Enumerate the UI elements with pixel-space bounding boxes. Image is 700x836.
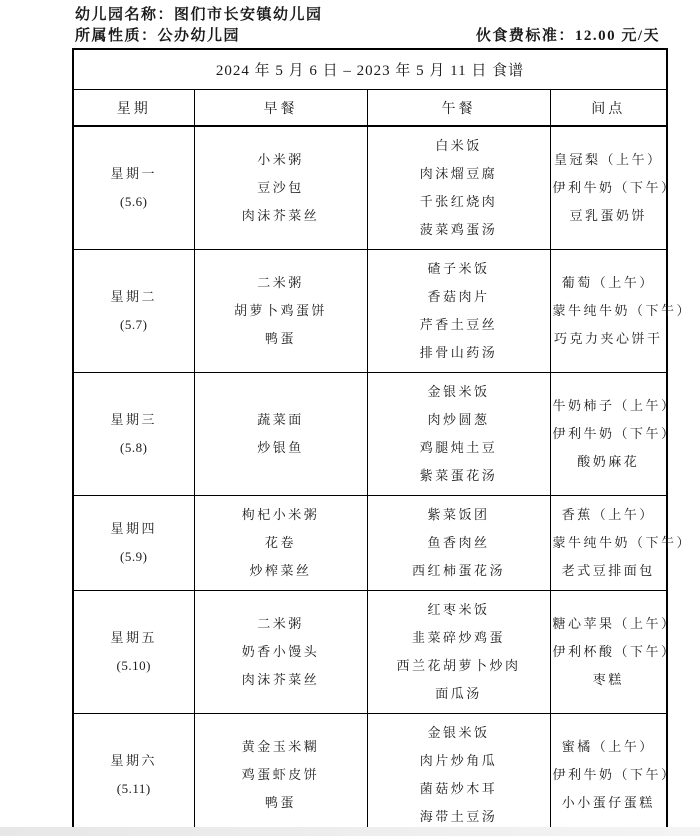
menu-item: 菠菜鸡蛋汤 [370, 216, 548, 244]
menu-item: 肉沫芥菜丝 [197, 666, 365, 694]
lunch-cell: 红枣米饭韭菜碎炒鸡蛋西兰花胡萝卜炒肉面瓜汤 [367, 591, 550, 714]
breakfast-cell: 二米粥奶香小馒头肉沫芥菜丝 [194, 591, 367, 714]
table-title: 2024 年 5 月 6 日 – 2023 年 5 月 11 日 食谱 [73, 49, 667, 90]
col-header-breakfast: 早餐 [194, 90, 367, 127]
doc-header-second-line: 所属性质：公办幼儿园 伙食费标准：12.00 元/天 [75, 26, 660, 47]
day-cell: 星期四 (5.9) [73, 496, 194, 591]
menu-item: 香菇肉片 [370, 283, 548, 311]
breakfast-cell: 小米粥豆沙包肉沫芥菜丝 [194, 126, 367, 250]
day-date: (5.10) [76, 652, 192, 680]
col-header-snack: 间点 [550, 90, 667, 127]
lunch-cell: 金银米饭肉炒圆葱鸡腿炖土豆紫菜蛋花汤 [367, 373, 550, 496]
table-row: 星期四 (5.9) 枸杞小米粥花卷炒榨菜丝 紫菜饭团鱼香肉丝西红柿蛋花汤 香蕉（… [73, 496, 667, 591]
menu-item: 葡萄（上午） [553, 269, 665, 297]
day-cell: 星期五 (5.10) [73, 591, 194, 714]
menu-item: 巧克力夹心饼干 [553, 325, 665, 353]
fee-standard-line: 伙食费标准：12.00 元/天 [476, 26, 660, 47]
menu-item: 蒙牛纯牛奶（下午） [553, 529, 665, 557]
menu-item: 黄金玉米糊 [197, 733, 365, 761]
menu-item: 金银米饭 [370, 719, 548, 747]
snack-cell: 香蕉（上午）蒙牛纯牛奶（下午）老式豆排面包 [550, 496, 667, 591]
menu-item: 伊利牛奶（下午） [553, 174, 665, 202]
day-label: 星期一 [76, 160, 192, 188]
menu-item: 伊利杯酸（下午） [553, 638, 665, 666]
menu-item: 皇冠梨（上午） [553, 146, 665, 174]
menu-item: 蜜橘（上午） [553, 733, 665, 761]
menu-item: 紫菜蛋花汤 [370, 462, 548, 490]
menu-item: 香蕉（上午） [553, 501, 665, 529]
document-page: 幼儿园名称：图们市长安镇幼儿园 所属性质：公办幼儿园 伙食费标准：12.00 元… [0, 0, 700, 836]
menu-item: 炒榨菜丝 [197, 557, 365, 585]
menu-item: 肉沫芥菜丝 [197, 202, 365, 230]
menu-item: 奶香小馒头 [197, 638, 365, 666]
table-title-row: 2024 年 5 月 6 日 – 2023 年 5 月 11 日 食谱 [73, 49, 667, 90]
kindergarten-name-line: 幼儿园名称：图们市长安镇幼儿园 [75, 5, 660, 26]
menu-item: 酸奶麻花 [553, 448, 665, 476]
menu-item: 白米饭 [370, 132, 548, 160]
menu-item: 枣糕 [553, 666, 665, 694]
menu-item: 肉沫熘豆腐 [370, 160, 548, 188]
day-label: 星期二 [76, 283, 192, 311]
menu-item: 鸡腿炖土豆 [370, 434, 548, 462]
day-cell: 星期六 (5.11) [73, 714, 194, 836]
column-header-row: 星期 早餐 午餐 间点 [73, 90, 667, 127]
menu-item: 芹香土豆丝 [370, 311, 548, 339]
menu-item: 豆沙包 [197, 174, 365, 202]
lunch-cell: 紫菜饭团鱼香肉丝西红柿蛋花汤 [367, 496, 550, 591]
menu-item: 金银米饭 [370, 378, 548, 406]
lunch-cell: 碴子米饭香菇肉片芹香土豆丝排骨山药汤 [367, 250, 550, 373]
menu-item: 蒙牛纯牛奶（下午） [553, 297, 665, 325]
menu-item: 鸡蛋虾皮饼 [197, 761, 365, 789]
snack-cell: 蜜橘（上午）伊利牛奶（下午）小小蛋仔蛋糕 [550, 714, 667, 836]
menu-item: 二米粥 [197, 610, 365, 638]
menu-item: 牛奶柿子（上午） [553, 392, 665, 420]
menu-item: 伊利牛奶（下午） [553, 420, 665, 448]
table-row: 星期六 (5.11) 黄金玉米糊鸡蛋虾皮饼鸭蛋 金银米饭肉片炒角瓜菌菇炒木耳海带… [73, 714, 667, 836]
menu-item: 蔬菜面 [197, 406, 365, 434]
menu-item: 面瓜汤 [370, 680, 548, 708]
menu-item: 排骨山药汤 [370, 339, 548, 367]
lunch-cell: 白米饭肉沫熘豆腐千张红烧肉菠菜鸡蛋汤 [367, 126, 550, 250]
col-header-day: 星期 [73, 90, 194, 127]
menu-item: 豆乳蛋奶饼 [553, 202, 665, 230]
snack-cell: 皇冠梨（上午）伊利牛奶（下午）豆乳蛋奶饼 [550, 126, 667, 250]
menu-item: 鱼香肉丝 [370, 529, 548, 557]
menu-item: 小小蛋仔蛋糕 [553, 789, 665, 817]
day-cell: 星期二 (5.7) [73, 250, 194, 373]
day-label: 星期六 [76, 747, 192, 775]
menu-item: 枸杞小米粥 [197, 501, 365, 529]
breakfast-cell: 二米粥胡萝卜鸡蛋饼鸭蛋 [194, 250, 367, 373]
table-row: 星期一 (5.6) 小米粥豆沙包肉沫芥菜丝 白米饭肉沫熘豆腐千张红烧肉菠菜鸡蛋汤… [73, 126, 667, 250]
menu-item: 伊利牛奶（下午） [553, 761, 665, 789]
day-cell: 星期三 (5.8) [73, 373, 194, 496]
menu-item: 老式豆排面包 [553, 557, 665, 585]
menu-item: 花卷 [197, 529, 365, 557]
day-date: (5.8) [76, 434, 192, 462]
day-label: 星期五 [76, 624, 192, 652]
lunch-cell: 金银米饭肉片炒角瓜菌菇炒木耳海带土豆汤 [367, 714, 550, 836]
menu-table: 2024 年 5 月 6 日 – 2023 年 5 月 11 日 食谱 星期 早… [72, 48, 668, 836]
menu-item: 肉炒圆葱 [370, 406, 548, 434]
menu-item: 西红柿蛋花汤 [370, 557, 548, 585]
menu-item: 千张红烧肉 [370, 188, 548, 216]
table-row: 星期三 (5.8) 蔬菜面炒银鱼 金银米饭肉炒圆葱鸡腿炖土豆紫菜蛋花汤 牛奶柿子… [73, 373, 667, 496]
menu-item: 红枣米饭 [370, 596, 548, 624]
menu-item: 菌菇炒木耳 [370, 775, 548, 803]
table-row: 星期二 (5.7) 二米粥胡萝卜鸡蛋饼鸭蛋 碴子米饭香菇肉片芹香土豆丝排骨山药汤… [73, 250, 667, 373]
menu-item: 肉片炒角瓜 [370, 747, 548, 775]
doc-header: 幼儿园名称：图们市长安镇幼儿园 所属性质：公办幼儿园 伙食费标准：12.00 元… [75, 5, 660, 47]
snack-cell: 糖心苹果（上午）伊利杯酸（下午）枣糕 [550, 591, 667, 714]
nature-line: 所属性质：公办幼儿园 [75, 26, 240, 47]
menu-item: 碴子米饭 [370, 255, 548, 283]
menu-item: 胡萝卜鸡蛋饼 [197, 297, 365, 325]
snack-cell: 牛奶柿子（上午）伊利牛奶（下午）酸奶麻花 [550, 373, 667, 496]
day-date: (5.9) [76, 543, 192, 571]
day-label: 星期三 [76, 406, 192, 434]
snack-cell: 葡萄（上午）蒙牛纯牛奶（下午）巧克力夹心饼干 [550, 250, 667, 373]
menu-item: 小米粥 [197, 146, 365, 174]
menu-item: 鸭蛋 [197, 325, 365, 353]
menu-item: 韭菜碎炒鸡蛋 [370, 624, 548, 652]
menu-item: 鸭蛋 [197, 789, 365, 817]
day-date: (5.7) [76, 311, 192, 339]
day-cell: 星期一 (5.6) [73, 126, 194, 250]
menu-item: 炒银鱼 [197, 434, 365, 462]
day-label: 星期四 [76, 515, 192, 543]
breakfast-cell: 枸杞小米粥花卷炒榨菜丝 [194, 496, 367, 591]
menu-item: 紫菜饭团 [370, 501, 548, 529]
menu-item: 二米粥 [197, 269, 365, 297]
col-header-lunch: 午餐 [367, 90, 550, 127]
breakfast-cell: 黄金玉米糊鸡蛋虾皮饼鸭蛋 [194, 714, 367, 836]
menu-item: 糖心苹果（上午） [553, 610, 665, 638]
breakfast-cell: 蔬菜面炒银鱼 [194, 373, 367, 496]
day-date: (5.11) [76, 775, 192, 803]
page-bottom-edge [0, 827, 700, 836]
day-date: (5.6) [76, 188, 192, 216]
table-row: 星期五 (5.10) 二米粥奶香小馒头肉沫芥菜丝 红枣米饭韭菜碎炒鸡蛋西兰花胡萝… [73, 591, 667, 714]
menu-item: 西兰花胡萝卜炒肉 [370, 652, 548, 680]
